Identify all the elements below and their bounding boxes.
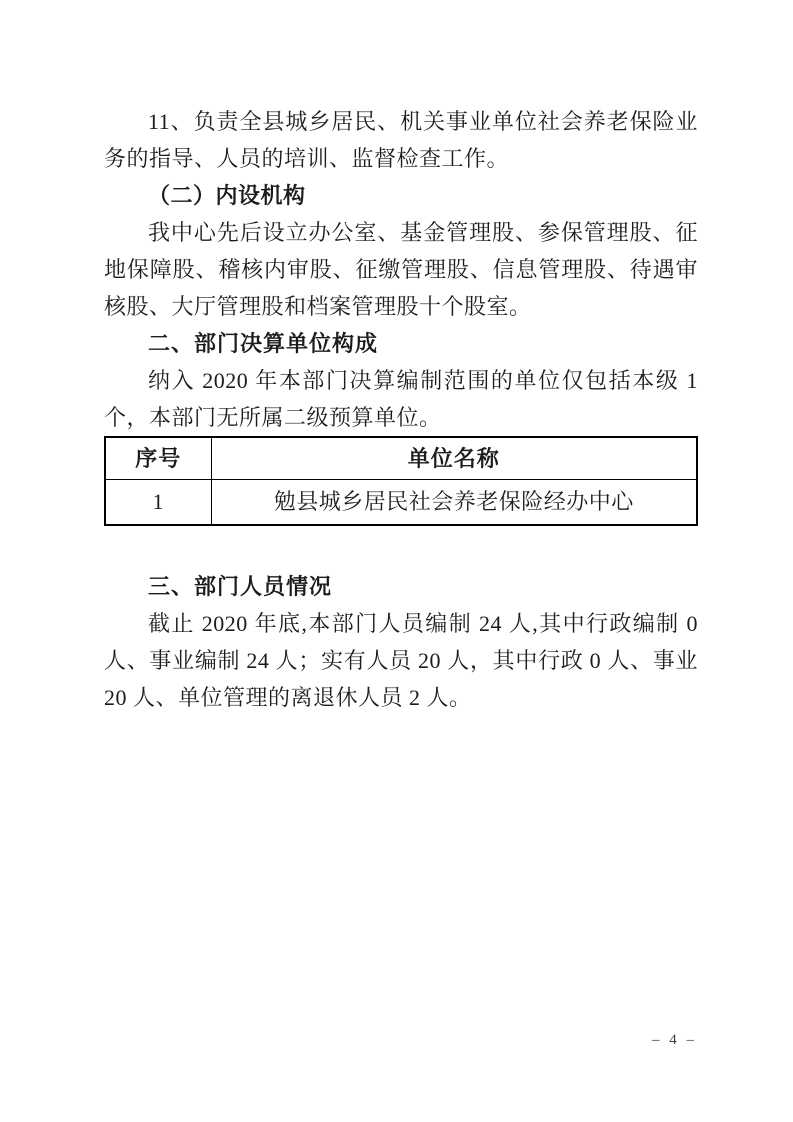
unit-table-header-name: 单位名称: [211, 437, 697, 479]
heading-personnel: 三、部门人员情况: [104, 568, 698, 605]
heading-internal-org: （二）内设机构: [104, 177, 698, 214]
paragraph-duty-11: 11、负责全县城乡居民、机关事业单位社会养老保险业务的指导、人员的培训、监督检查…: [104, 103, 698, 177]
document-page: 11、负责全县城乡居民、机关事业单位社会养老保险业务的指导、人员的培训、监督检查…: [0, 0, 793, 1122]
table-row: 1 勉县城乡居民社会养老保险经办中心: [105, 479, 697, 525]
paragraph-personnel: 截止 2020 年底,本部门人员编制 24 人,其中行政编制 0 人、事业编制 …: [104, 605, 698, 716]
unit-row-name: 勉县城乡居民社会养老保险经办中心: [211, 479, 697, 525]
unit-row-index: 1: [105, 479, 211, 525]
unit-table: 序号 单位名称 1 勉县城乡居民社会养老保险经办中心: [104, 436, 698, 526]
document-body: 11、负责全县城乡居民、机关事业单位社会养老保险业务的指导、人员的培训、监督检查…: [104, 103, 698, 716]
paragraph-internal-org: 我中心先后设立办公室、基金管理股、参保管理股、征地保障股、稽核内审股、征缴管理股…: [104, 214, 698, 325]
page-number: – 4 –: [652, 1032, 697, 1049]
unit-table-header-index: 序号: [105, 437, 211, 479]
unit-table-header-row: 序号 单位名称: [105, 437, 697, 479]
paragraph-unit-composition: 纳入 2020 年本部门决算编制范围的单位仅包括本级 1 个，本部门无所属二级预…: [104, 362, 698, 436]
heading-unit-composition: 二、部门决算单位构成: [104, 325, 698, 362]
